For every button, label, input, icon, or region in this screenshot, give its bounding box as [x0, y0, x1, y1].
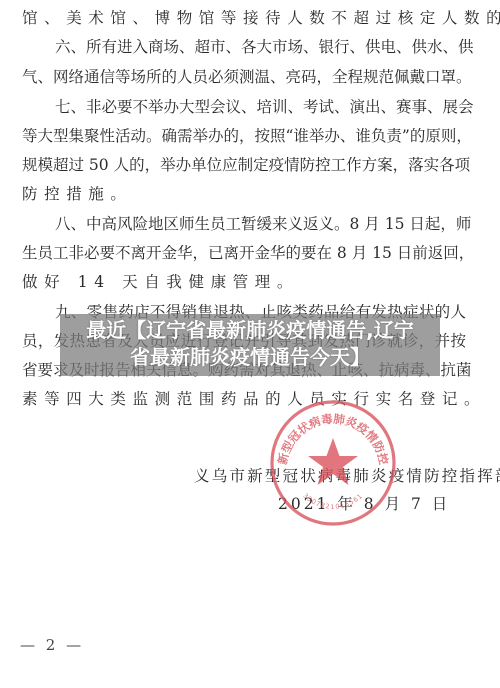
body-line-7: 防控措施。 — [22, 184, 466, 204]
official-seal-stamp: 义乌市新型冠状病毒肺炎疫情防控指挥部 3307821015561 — [268, 398, 398, 528]
overlay-title-line-2: 省最新肺炎疫情通告今天】 — [60, 344, 440, 371]
title-overlay-banner: 最近【辽宁省最新肺炎疫情通告,辽宁 省最新肺炎疫情通告今天】 — [60, 314, 440, 376]
body-line-4-item-seven: 七、非必要不举办大型会议、培训、考试、演出、赛事、展会 — [55, 97, 466, 117]
body-line-5: 等大型集聚性活动。确需举办的，按照“谁举办、谁负责”的原则， — [22, 126, 466, 146]
body-line-10: 做好 14 天自我健康管理。 — [22, 272, 466, 292]
svg-text:3307821015561: 3307821015561 — [302, 492, 365, 511]
overlay-title-line-1: 最近【辽宁省最新肺炎疫情通告,辽宁 — [60, 317, 440, 344]
body-line-1: 馆、美术馆、博物馆等接待人数不超过核定人数的 75%。 — [22, 8, 466, 28]
seal-code-text: 3307821015561 — [302, 492, 365, 511]
body-line-9: 生员工非必要不离开金华，已离开金华的要在 8 月 15 日前返回， — [22, 243, 466, 263]
body-line-8-item-eight: 八、中高风险地区师生员工暂缓来义返义。8 月 15 日起，师 — [55, 214, 466, 234]
body-line-2-item-six: 六、所有进入商场、超市、各大市场、银行、供电、供水、供 — [55, 37, 466, 57]
overlay-title: 最近【辽宁省最新肺炎疫情通告,辽宁 省最新肺炎疫情通告今天】 — [60, 317, 440, 371]
body-line-6: 规模超过 50 人的，举办单位应制定疫情防控工作方案，落实各项 — [22, 155, 466, 175]
body-line-14: 素等四大类监测范围药品的人员实行实名登记。 — [22, 389, 466, 409]
document-page: 馆、美术馆、博物馆等接待人数不超过核定人数的 75%。 六、所有进入商场、超市、… — [0, 0, 500, 688]
page-number: — 2 — — [20, 636, 84, 654]
body-line-3: 气、网络通信等场所的人员必须测温、亮码，全程规范佩戴口罩。 — [22, 67, 466, 87]
seal-star-icon — [308, 438, 358, 485]
